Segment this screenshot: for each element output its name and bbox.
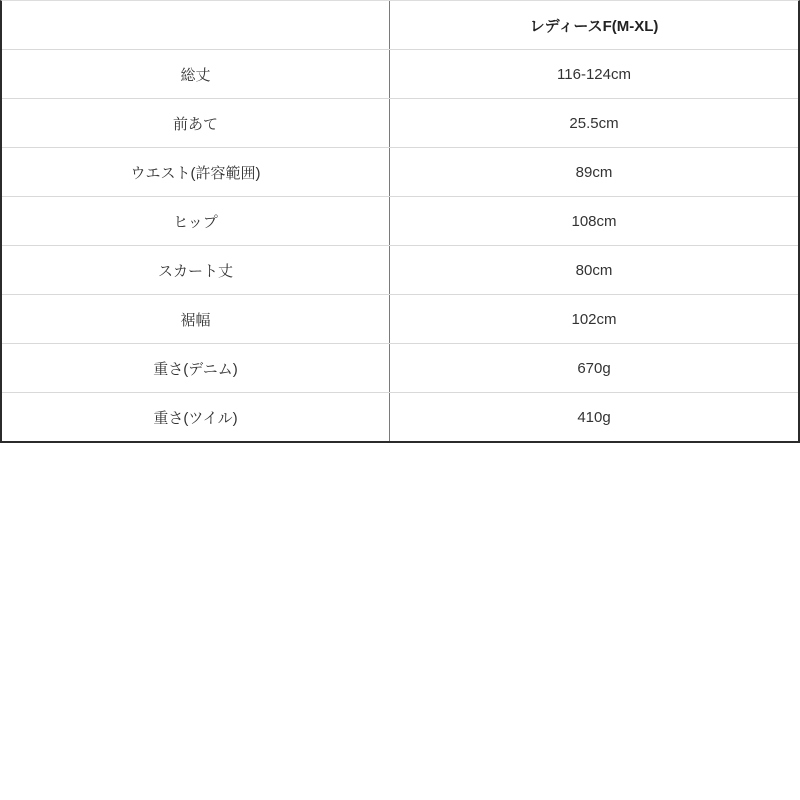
row-label: ヒップ [2,197,390,245]
page-background: レディースF(M-XL) 総丈 116-124cm 前あて 25.5cm ウエス… [0,0,800,800]
row-label: 重さ(デニム) [2,344,390,392]
table-row-total-length: 総丈 116-124cm [2,50,798,99]
table-row-waist: ウエスト(許容範囲) 89cm [2,148,798,197]
row-label: スカート丈 [2,246,390,294]
row-label: 前あて [2,99,390,147]
row-value: 102cm [390,295,798,343]
table-row-hip: ヒップ 108cm [2,197,798,246]
row-value: 80cm [390,246,798,294]
row-label: 裾幅 [2,295,390,343]
row-value: 108cm [390,197,798,245]
row-value: 670g [390,344,798,392]
table-row-skirt-length: スカート丈 80cm [2,246,798,295]
header-size-cell: レディースF(M-XL) [390,1,798,49]
row-value: 89cm [390,148,798,196]
table-row-weight-denim: 重さ(デニム) 670g [2,344,798,393]
table-header-row: レディースF(M-XL) [2,1,798,50]
row-value: 25.5cm [390,99,798,147]
row-value: 410g [390,393,798,441]
header-label-cell [2,1,390,49]
row-value: 116-124cm [390,50,798,98]
table-row-hem-width: 裾幅 102cm [2,295,798,344]
size-table: レディースF(M-XL) 総丈 116-124cm 前あて 25.5cm ウエス… [0,0,800,443]
table-row-front-panel: 前あて 25.5cm [2,99,798,148]
table-row-weight-twill: 重さ(ツイル) 410g [2,393,798,441]
row-label: 総丈 [2,50,390,98]
row-label: 重さ(ツイル) [2,393,390,441]
row-label: ウエスト(許容範囲) [2,148,390,196]
